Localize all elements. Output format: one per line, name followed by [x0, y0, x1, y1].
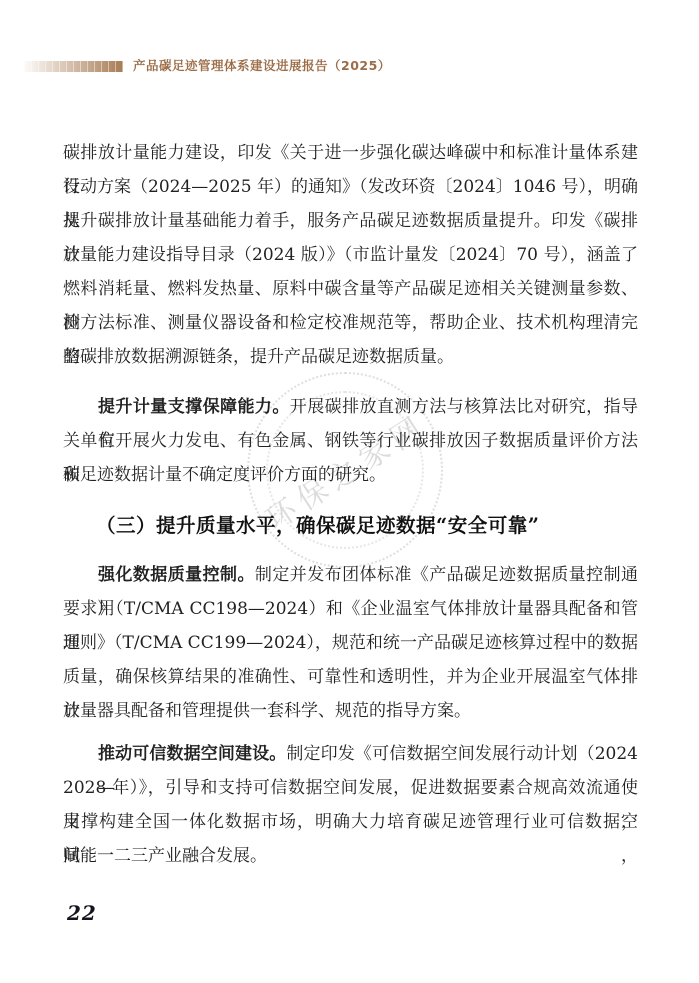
- text-line: 提升碳排放计量基础能力着手，服务产品碳足迹数据质量提升。印发《碳排放: [63, 204, 638, 238]
- paragraph-p1: 碳排放计量能力建设，印发《关于进一步强化碳达峰碳中和标准计量体系建设行动方案（2…: [63, 136, 638, 374]
- text-line: 要求》（T/CMA CC198—2024）和《企业温室气体排放计量器具配备和管理: [63, 592, 638, 626]
- text-line: 计量能力建设指导目录（2024 版）》（市监计量发〔2024〕70 号），涵盖了: [63, 238, 638, 272]
- header-gradient-bar: [24, 61, 123, 72]
- section-heading: （三）提升质量水平，确保碳足迹数据“安全可靠”: [63, 504, 638, 548]
- paragraph-p4: 推动可信数据空间建设。制定印发《可信数据空间发展行动计划（2024—2028 年…: [63, 737, 638, 873]
- document-page: 产品碳足迹管理体系建设进展报告（2025） 环保之家网 碳排放计量能力建设，印发…: [0, 0, 699, 983]
- text-line: 碳足迹数据计量不确定度评价方面的研究。: [63, 458, 638, 492]
- text-line: 行动方案（2024—2025 年）的通知》（发改环资〔2024〕1046 号），…: [63, 170, 638, 204]
- paragraph-p2: 提升计量支撑保障能力。开展碳排放直测方法与核算法比对研究，指导有关单位开展火力发…: [63, 390, 638, 492]
- text-line: 碳排放计量能力建设，印发《关于进一步强化碳达峰碳中和标准计量体系建设: [63, 136, 638, 170]
- document-body: 碳排放计量能力建设，印发《关于进一步强化碳达峰碳中和标准计量体系建设行动方案（2…: [63, 136, 638, 873]
- text-line: 通则》（T/CMA CC199—2024），规范和统一产品碳足迹核算过程中的数据: [63, 626, 638, 660]
- text-line: 计量器具配备和管理提供一套科学、规范的指导方案。: [63, 694, 638, 728]
- text-line: 的碳排放数据溯源链条，提升产品碳足迹数据质量。: [63, 340, 638, 374]
- text-line: 质量，确保核算结果的准确性、可靠性和透明性，并为企业开展温室气体排放: [63, 660, 638, 694]
- text-line: 强化数据质量控制。制定并发布团体标准《产品碳足迹数据质量控制通用: [63, 558, 638, 592]
- text-line: 2028 年）》，引导和支持可信数据空间发展，促进数据要素合规高效流通使用，: [63, 771, 638, 805]
- header-running-title: 产品碳足迹管理体系建设进展报告（2025）: [133, 56, 391, 74]
- text-line: 燃料消耗量、燃料发热量、原料中碳含量等产品碳足迹相关关键测量参数、检: [63, 272, 638, 306]
- text-line: 测方法标准、测量仪器设备和检定校准规范等，帮助企业、技术机构理清完整: [63, 306, 638, 340]
- page-header: 产品碳足迹管理体系建设进展报告（2025）: [0, 0, 699, 90]
- text-line: 提升计量支撑保障能力。开展碳排放直测方法与核算法比对研究，指导有: [63, 390, 638, 424]
- page-number: 22: [67, 901, 97, 925]
- text-line: 推动可信数据空间建设。制定印发《可信数据空间发展行动计划（2024—: [63, 737, 638, 771]
- text-line: 支撑构建全国一体化数据市场，明确大力培育碳足迹管理行业可信数据空间，: [63, 805, 638, 839]
- text-line: 关单位开展火力发电、有色金属、钢铁等行业碳排放因子数据质量评价方法和: [63, 424, 638, 458]
- paragraph-p3: 强化数据质量控制。制定并发布团体标准《产品碳足迹数据质量控制通用要求》（T/CM…: [63, 558, 638, 728]
